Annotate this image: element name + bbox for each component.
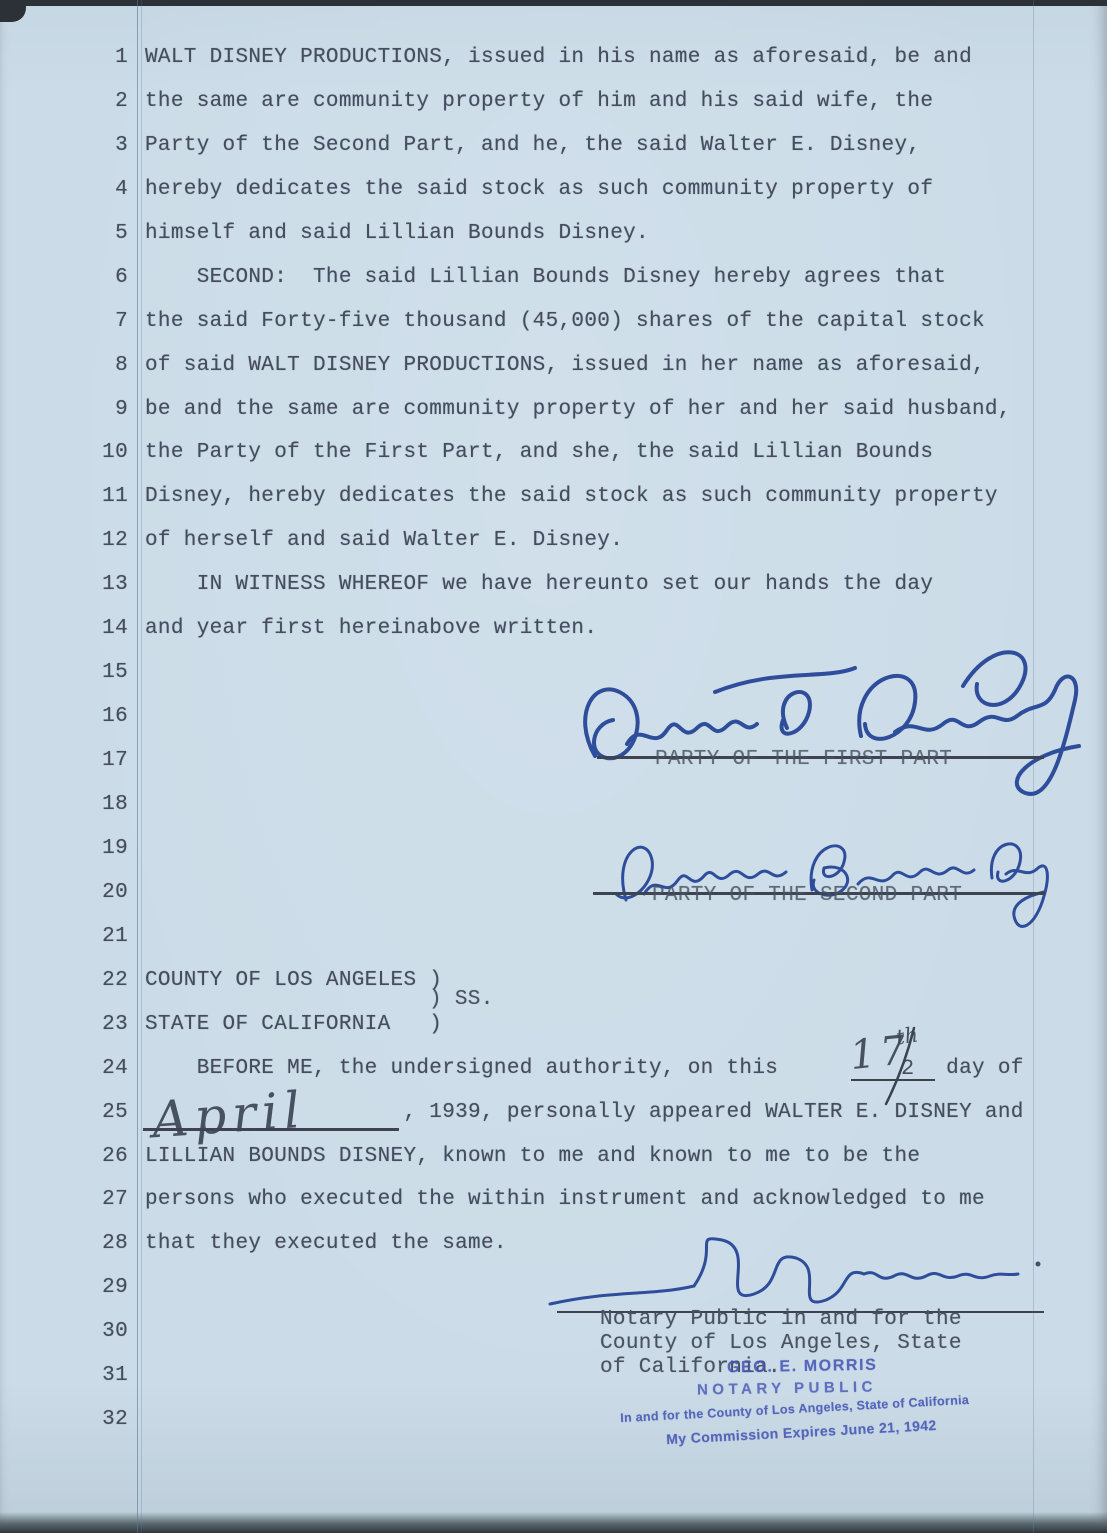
notary-typed-line-2: County of Los Angeles, State bbox=[600, 1332, 962, 1355]
line-text: himself and said Lillian Bounds Disney. bbox=[145, 219, 649, 249]
line-number: 27 bbox=[92, 1185, 128, 1215]
line-number: 17 bbox=[92, 746, 128, 776]
document-line: 4hereby dedicates the said stock as such… bbox=[0, 175, 1090, 205]
line-text: WALT DISNEY PRODUCTIONS, issued in his n… bbox=[145, 43, 972, 73]
line-number: 31 bbox=[92, 1361, 128, 1391]
line-number: 30 bbox=[92, 1317, 128, 1347]
document-line: 7the said Forty-five thousand (45,000) s… bbox=[0, 307, 1090, 337]
line-number: 12 bbox=[92, 526, 128, 556]
line-number: 23 bbox=[92, 1010, 128, 1040]
party-second-part-label: PARTY OF THE SECOND PART bbox=[652, 884, 962, 907]
line-number: 32 bbox=[92, 1405, 128, 1435]
day-correction-stroke bbox=[868, 1024, 938, 1109]
document-line: 10the Party of the First Part, and she, … bbox=[0, 438, 1090, 468]
line-number: 13 bbox=[92, 570, 128, 600]
month-blank-underline bbox=[143, 1128, 399, 1131]
line-number: 3 bbox=[92, 131, 128, 161]
scan-edge-top bbox=[0, 0, 1107, 6]
document-line: 6 SECOND: The said Lillian Bounds Disney… bbox=[0, 263, 1090, 293]
document-line: 5himself and said Lillian Bounds Disney. bbox=[0, 219, 1090, 249]
document-line: 11Disney, hereby dedicates the said stoc… bbox=[0, 482, 1090, 512]
scan-edge-corner bbox=[0, 0, 26, 22]
document-line: 1WALT DISNEY PRODUCTIONS, issued in his … bbox=[0, 43, 1090, 73]
line-text: and year first hereinabove written. bbox=[145, 614, 597, 644]
line-text: Disney, hereby dedicates the said stock … bbox=[145, 482, 998, 512]
line-number: 8 bbox=[92, 351, 128, 381]
line-number: 22 bbox=[92, 966, 128, 996]
document-line: 3Party of the Second Part, and he, the s… bbox=[0, 131, 1090, 161]
line-text: that they executed the same. bbox=[145, 1229, 507, 1259]
party-first-part-label: PARTY OF THE FIRST PART bbox=[655, 748, 952, 771]
line-number: 14 bbox=[92, 614, 128, 644]
scanned-document-page: 1WALT DISNEY PRODUCTIONS, issued in his … bbox=[0, 0, 1107, 1533]
line-text: SECOND: The said Lillian Bounds Disney h… bbox=[145, 263, 946, 293]
line-number: 25 bbox=[92, 1098, 128, 1128]
line-number: 1 bbox=[92, 43, 128, 73]
line-text: IN WITNESS WHEREOF we have hereunto set … bbox=[145, 570, 933, 600]
line-number: 4 bbox=[92, 175, 128, 205]
lillian-bounds-disney-signature bbox=[598, 816, 1060, 946]
line-text: the same are community property of him a… bbox=[145, 87, 933, 117]
line-text: the Party of the First Part, and she, th… bbox=[145, 438, 933, 468]
notary-typed-line-1: Notary Public in and for the bbox=[600, 1308, 962, 1331]
document-line: 27persons who executed the within instru… bbox=[0, 1185, 1090, 1215]
line-number: 16 bbox=[92, 702, 128, 732]
line-number: 15 bbox=[92, 658, 128, 688]
line-number: 19 bbox=[92, 834, 128, 864]
line-number: 18 bbox=[92, 790, 128, 820]
document-line: 9be and the same are community property … bbox=[0, 395, 1090, 425]
line-number: 7 bbox=[92, 307, 128, 337]
handwritten-month: April bbox=[150, 1081, 308, 1150]
line-text: of said WALT DISNEY PRODUCTIONS, issued … bbox=[145, 351, 985, 381]
document-line: 31 bbox=[0, 1361, 1090, 1391]
line-number: 6 bbox=[92, 263, 128, 293]
line-text: be and the same are community property o… bbox=[145, 395, 1011, 425]
line-text: STATE OF CALIFORNIA ) bbox=[145, 1010, 442, 1040]
document-line: 12of herself and said Walter E. Disney. bbox=[0, 526, 1090, 556]
line-number: 5 bbox=[92, 219, 128, 249]
line-number: 26 bbox=[92, 1142, 128, 1172]
line-number: 11 bbox=[92, 482, 128, 512]
document-line: 8of said WALT DISNEY PRODUCTIONS, issued… bbox=[0, 351, 1090, 381]
line-number: 2 bbox=[92, 87, 128, 117]
line-text: Party of the Second Part, and he, the sa… bbox=[145, 131, 920, 161]
scan-edge-bottom bbox=[0, 1512, 1107, 1533]
line-number: 29 bbox=[92, 1273, 128, 1303]
line-text: the said Forty-five thousand (45,000) sh… bbox=[145, 307, 985, 337]
line-text: COUNTY OF LOS ANGELES ) bbox=[145, 966, 442, 996]
line-text: LILLIAN BOUNDS DISNEY, known to me and k… bbox=[145, 1142, 920, 1172]
document-line: 2the same are community property of him … bbox=[0, 87, 1090, 117]
document-line: 22COUNTY OF LOS ANGELES ) bbox=[0, 966, 1090, 996]
stamp-notary-title: NOTARY PUBLIC bbox=[697, 1378, 877, 1398]
ss-label: ) SS. bbox=[429, 988, 494, 1011]
stamp-notary-name: GEO. E. MORRIS bbox=[727, 1357, 878, 1378]
line-number: 21 bbox=[92, 922, 128, 952]
line-number: 28 bbox=[92, 1229, 128, 1259]
line-text: persons who executed the within instrume… bbox=[145, 1185, 985, 1215]
line-number: 10 bbox=[92, 438, 128, 468]
document-line: 13 IN WITNESS WHEREOF we have hereunto s… bbox=[0, 570, 1090, 600]
line-text: hereby dedicates the said stock as such … bbox=[145, 175, 933, 205]
line-number: 24 bbox=[92, 1054, 128, 1084]
line-text: of herself and said Walter E. Disney. bbox=[145, 526, 623, 556]
walt-disney-signature bbox=[565, 628, 1095, 813]
day-blank-underline bbox=[851, 1079, 935, 1081]
line-number: 9 bbox=[92, 395, 128, 425]
line-number: 20 bbox=[92, 878, 128, 908]
